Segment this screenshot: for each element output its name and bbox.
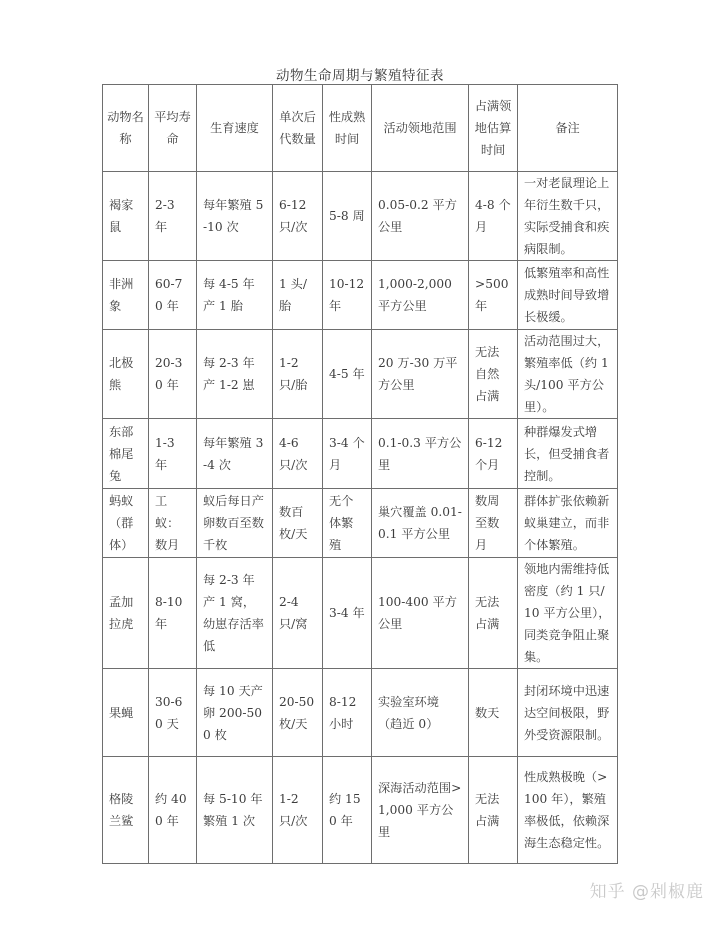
cell-fill-time: 无法自然占满: [469, 330, 518, 419]
header-breeding-speed: 生育速度: [197, 85, 273, 172]
header-notes: 备注: [518, 85, 618, 172]
cell-notes: 一对老鼠理论上年衍生数千只，实际受捕食和疾病限制。: [518, 172, 618, 261]
table-row: 非洲象 60-70 年 每 4-5 年产 1 胎 1 头/胎 10-12 年 1…: [103, 261, 618, 330]
cell-territory-range: 1,000-2,000 平方公里: [372, 261, 469, 330]
cell-breeding-speed: 每年繁殖 5-10 次: [197, 172, 273, 261]
cell-animal-name: 果蝇: [103, 669, 149, 757]
cell-breeding-speed: 每 10 天产卵 200-500 枚: [197, 669, 273, 757]
header-offspring-count: 单次后代数量: [273, 85, 323, 172]
cell-fill-time: >500 年: [469, 261, 518, 330]
cell-territory-range: 100-400 平方公里: [372, 558, 469, 669]
cell-avg-lifespan: 2-3 年: [149, 172, 197, 261]
cell-animal-name: 格陵兰鲨: [103, 757, 149, 864]
header-avg-lifespan: 平均寿命: [149, 85, 197, 172]
table-row: 东部棉尾兔 1-3 年 每年繁殖 3-4 次 4-6 只/次 3-4 个月 0.…: [103, 419, 618, 489]
cell-territory-range: 20 万-30 万平方公里: [372, 330, 469, 419]
cell-animal-name: 非洲象: [103, 261, 149, 330]
cell-offspring-count: 1 头/胎: [273, 261, 323, 330]
cell-territory-range: 0.05-0.2 平方公里: [372, 172, 469, 261]
cell-maturity-time: 约 150 年: [323, 757, 372, 864]
cell-avg-lifespan: 工蚁：数月: [149, 489, 197, 558]
header-fill-time: 占满领地估算时间: [469, 85, 518, 172]
cell-offspring-count: 1-2 只/胎: [273, 330, 323, 419]
cell-territory-range: 深海活动范围>1,000 平方公里: [372, 757, 469, 864]
cell-avg-lifespan: 20-30 年: [149, 330, 197, 419]
cell-avg-lifespan: 30-60 天: [149, 669, 197, 757]
cell-offspring-count: 1-2 只/次: [273, 757, 323, 864]
cell-avg-lifespan: 1-3 年: [149, 419, 197, 489]
cell-maturity-time: 8-12 小时: [323, 669, 372, 757]
cell-territory-range: 巢穴覆盖 0.01-0.1 平方公里: [372, 489, 469, 558]
cell-notes: 低繁殖率和高性成熟时间导致增长极缓。: [518, 261, 618, 330]
cell-offspring-count: 数百枚/天: [273, 489, 323, 558]
cell-animal-name: 蚂蚁（群体）: [103, 489, 149, 558]
cell-maturity-time: 5-8 周: [323, 172, 372, 261]
cell-breeding-speed: 每 5-10 年繁殖 1 次: [197, 757, 273, 864]
cell-offspring-count: 20-50 枚/天: [273, 669, 323, 757]
cell-offspring-count: 6-12 只/次: [273, 172, 323, 261]
header-territory-range: 活动领地范围: [372, 85, 469, 172]
cell-animal-name: 褐家鼠: [103, 172, 149, 261]
cell-notes: 领地内需维持低密度（约 1 只/10 平方公里），同类竞争阻止聚集。: [518, 558, 618, 669]
header-row: 动物名称 平均寿命 生育速度 单次后代数量 性成熟时间 活动领地范围 占满领地估…: [103, 85, 618, 172]
zhihu-watermark: 知乎 @剁椒鹿: [590, 877, 704, 902]
cell-fill-time: 6-12 个月: [469, 419, 518, 489]
cell-animal-name: 北极熊: [103, 330, 149, 419]
cell-notes: 活动范围过大，繁殖率低（约 1 头/100 平方公里）。: [518, 330, 618, 419]
cell-notes: 群体扩张依赖新蚁巢建立，而非个体繁殖。: [518, 489, 618, 558]
table-title: 动物生命周期与繁殖特征表: [0, 64, 720, 84]
cell-territory-range: 实验室环境（趋近 0）: [372, 669, 469, 757]
table-row: 格陵兰鲨 约 400 年 每 5-10 年繁殖 1 次 1-2 只/次 约 15…: [103, 757, 618, 864]
cell-territory-range: 0.1-0.3 平方公里: [372, 419, 469, 489]
table-row: 褐家鼠 2-3 年 每年繁殖 5-10 次 6-12 只/次 5-8 周 0.0…: [103, 172, 618, 261]
cell-breeding-speed: 每 2-3 年产 1-2 崽: [197, 330, 273, 419]
animal-lifecycle-table: 动物名称 平均寿命 生育速度 单次后代数量 性成熟时间 活动领地范围 占满领地估…: [102, 84, 618, 864]
table-row: 蚂蚁（群体） 工蚁：数月 蚁后每日产卵数百至数千枚 数百枚/天 无个体繁殖 巢穴…: [103, 489, 618, 558]
header-maturity-time: 性成熟时间: [323, 85, 372, 172]
cell-offspring-count: 4-6 只/次: [273, 419, 323, 489]
header-animal-name: 动物名称: [103, 85, 149, 172]
cell-fill-time: 数周至数月: [469, 489, 518, 558]
cell-notes: 性成熟极晚（>100 年），繁殖率极低，依赖深海生态稳定性。: [518, 757, 618, 864]
cell-avg-lifespan: 8-10 年: [149, 558, 197, 669]
cell-maturity-time: 无个体繁殖: [323, 489, 372, 558]
table-row: 北极熊 20-30 年 每 2-3 年产 1-2 崽 1-2 只/胎 4-5 年…: [103, 330, 618, 419]
cell-breeding-speed: 每 4-5 年产 1 胎: [197, 261, 273, 330]
cell-notes: 种群爆发式增长，但受捕食者控制。: [518, 419, 618, 489]
cell-maturity-time: 3-4 年: [323, 558, 372, 669]
cell-notes: 封闭环境中迅速达空间极限，野外受资源限制。: [518, 669, 618, 757]
cell-animal-name: 孟加拉虎: [103, 558, 149, 669]
cell-breeding-speed: 每 2-3 年产 1 窝，幼崽存活率低: [197, 558, 273, 669]
cell-maturity-time: 10-12 年: [323, 261, 372, 330]
cell-maturity-time: 3-4 个月: [323, 419, 372, 489]
cell-animal-name: 东部棉尾兔: [103, 419, 149, 489]
table-row: 孟加拉虎 8-10 年 每 2-3 年产 1 窝，幼崽存活率低 2-4 只/窝 …: [103, 558, 618, 669]
cell-breeding-speed: 每年繁殖 3-4 次: [197, 419, 273, 489]
cell-avg-lifespan: 60-70 年: [149, 261, 197, 330]
cell-breeding-speed: 蚁后每日产卵数百至数千枚: [197, 489, 273, 558]
cell-avg-lifespan: 约 400 年: [149, 757, 197, 864]
cell-fill-time: 无法占满: [469, 757, 518, 864]
cell-offspring-count: 2-4 只/窝: [273, 558, 323, 669]
cell-fill-time: 无法占满: [469, 558, 518, 669]
cell-fill-time: 数天: [469, 669, 518, 757]
cell-maturity-time: 4-5 年: [323, 330, 372, 419]
cell-fill-time: 4-8 个月: [469, 172, 518, 261]
table-row: 果蝇 30-60 天 每 10 天产卵 200-500 枚 20-50 枚/天 …: [103, 669, 618, 757]
